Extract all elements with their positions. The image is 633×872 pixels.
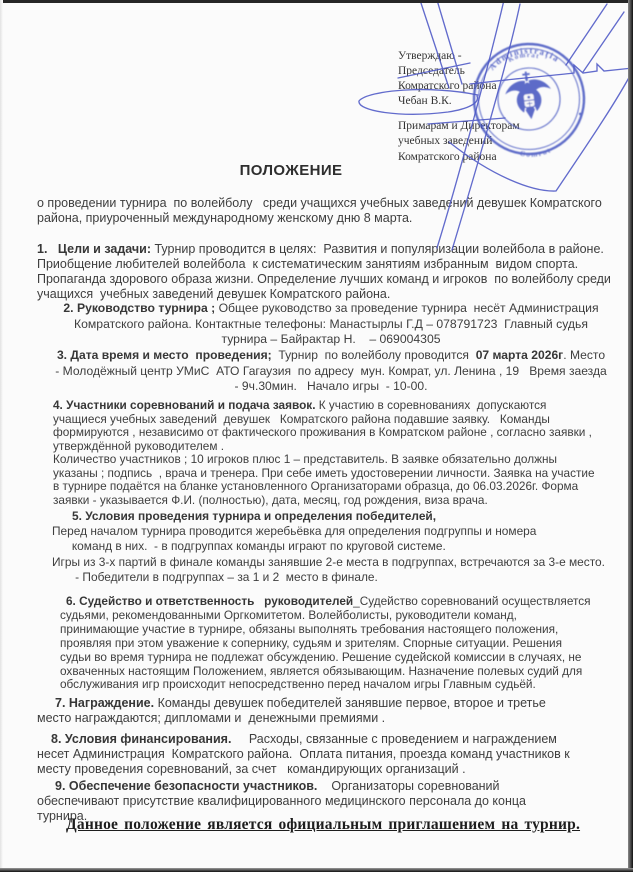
section-3-heading: 3. Дата время и место проведения; xyxy=(57,348,272,362)
section-7-awards: 7. Награждение. Команды девушек победите… xyxy=(37,696,559,726)
approval-line: Комратского района xyxy=(398,79,598,94)
scan-edge-bottom xyxy=(0,868,633,872)
recipients-block: Примарам и Директорам учебных заведений … xyxy=(398,119,598,164)
document-title: ПОЛОЖЕНИЕ xyxy=(37,162,545,179)
closing-statement: Данное положение является официальным пр… xyxy=(66,816,586,834)
scan-edge-top xyxy=(0,0,633,3)
section-6-heading: 6. Судейство и ответственность руководит… xyxy=(66,594,353,608)
section-5-body: Перед началом турнира проводится жеребьё… xyxy=(52,524,605,584)
recipient-line: учебных заведений xyxy=(398,134,598,149)
scan-edge-left xyxy=(0,0,3,872)
section-4-heading: 4. Участники соревнований и подача заяво… xyxy=(53,398,315,412)
section-5-conditions: 5. Условия проведения турнира и определе… xyxy=(52,509,612,585)
section-3-date-place: 3. Дата время и место проведения; Турнир… xyxy=(55,348,607,395)
section-6-refereeing: 6. Судейство и ответственность руководит… xyxy=(60,595,594,692)
section-7-heading: 7. Награждение. xyxy=(55,696,154,710)
scanned-document-page: Утверждаю - Председатель Комратского рай… xyxy=(0,0,633,872)
scan-edge-right xyxy=(628,0,633,872)
section-3-body: Турнир по волейболу проводится xyxy=(272,348,476,362)
intro-paragraph: о проведении турнира по волейболу среди … xyxy=(37,196,611,227)
section-2-management: 2. Руководство турнира ; Общее руководст… xyxy=(60,301,602,348)
section-4-body: К участию в соревнованиях допускаются уч… xyxy=(53,398,598,507)
section-4-participants: 4. Участники соревнований и подача заяво… xyxy=(53,399,601,507)
approval-block: Утверждаю - Председатель Комратского рай… xyxy=(398,49,598,165)
section-8-heading: 8. Условия финансирования. xyxy=(51,732,231,746)
section-1-heading: 1. Цели и задачи: xyxy=(37,242,151,256)
section-2-heading: 2. Руководство турнира ; xyxy=(63,301,215,315)
section-3-date: 07 марта 2026г xyxy=(476,348,564,362)
section-8-financing: 8. Условия финансирования. Расходы, связ… xyxy=(37,732,575,778)
section-9-heading: 9. Обеспечение безопасности участников. xyxy=(55,779,317,793)
section-6-body: _Судейство соревнований осуществляется с… xyxy=(60,594,594,691)
section-5-heading: 5. Условия проведения турнира и определе… xyxy=(72,509,436,523)
approval-line: Утверждаю - xyxy=(398,49,598,64)
recipient-line: Примарам и Директорам xyxy=(398,119,598,134)
approval-line: Чебан В.К. xyxy=(398,94,598,109)
approval-line: Председатель xyxy=(398,64,598,79)
section-1-goals: 1. Цели и задачи: Турнир проводится в це… xyxy=(37,242,617,302)
